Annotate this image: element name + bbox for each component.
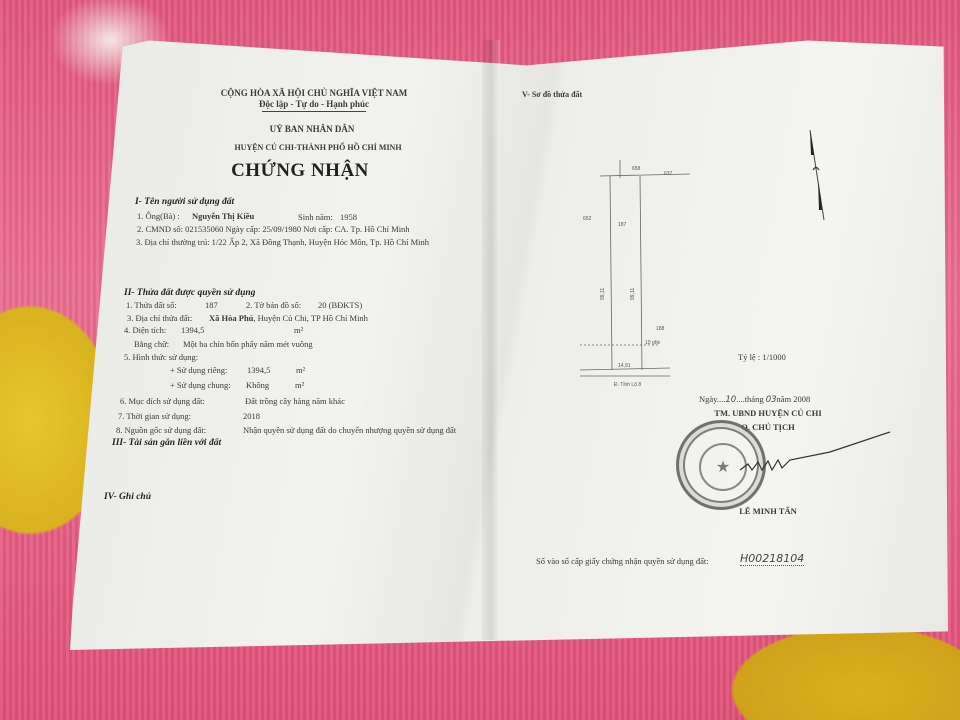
date-prefix: Ngày (699, 394, 717, 404)
birth-label: Sinh năm: (298, 212, 333, 222)
origin-label: 8. Nguồn gốc sử dụng đất: (116, 425, 206, 435)
owner-name: Nguyễn Thị Kiều (192, 211, 254, 221)
land-address: Xã Hòa Phú, Huyện Củ Chi, TP Hồ Chí Minh (209, 313, 368, 323)
shared-use-unit: m² (295, 380, 304, 390)
page-title: CHỨNG NHẬN (231, 160, 369, 182)
shared-use-label: + Sử dụng chung: (170, 380, 231, 390)
label-left-side: 99,11 (600, 288, 606, 300)
private-use-label: + Sử dụng riêng: (170, 365, 227, 375)
private-use-unit: m² (296, 365, 305, 375)
label-road: Đ. Tỉnh Lộ 8 (614, 381, 641, 388)
national-header: CỘNG HÒA XÃ HỘI CHỦ NGHĨA VIỆT NAM (221, 88, 407, 98)
registry-number: H00218104 (740, 552, 804, 566)
owner-label: 1. Ông(Bà) : (137, 211, 180, 221)
area-words: Một ba chín bốn phẩy năm mét vuông (183, 339, 313, 349)
parcel-number: 187 (205, 300, 218, 310)
date-day: 10 (725, 395, 736, 405)
area-unit: m² (294, 325, 303, 335)
shared-use-value: Không (246, 380, 269, 390)
national-motto: Độc lập - Tự do - Hạnh phúc (259, 99, 369, 109)
label-right-lower: 188 (656, 326, 665, 332)
purpose-label: 6. Mục đích sử dụng đất: (120, 396, 205, 406)
parcel-diagram: 658 637 652 187 99,11 99,11 188 10 ghk 1… (560, 150, 710, 400)
map-number: 20 (BĐKTS) (318, 300, 362, 310)
section-notes-heading: IV- Ghi chú (104, 492, 151, 502)
header-divider (262, 111, 366, 112)
label-top-right: 637 (664, 171, 673, 177)
issuer-committee: UỶ BAN NHÂN DÂN (270, 124, 355, 134)
land-commune: Xã Hòa Phú (209, 313, 253, 323)
signer-organization: TM. UBND HUYỆN CỦ CHI (714, 408, 821, 418)
area-value: 1394,5 (181, 325, 204, 335)
private-use-value: 1394,5 (247, 365, 270, 375)
registry-label: Số vào sổ cấp giấy chứng nhận quyền sử d… (536, 556, 709, 566)
issuer-district: HUYỆN CỦ CHI-THÀNH PHỐ HỒ CHÍ MINH (234, 143, 401, 152)
date-year: năm 2008 (777, 394, 811, 404)
residence-line: 3. Địa chỉ thường trú: 1/22 Ấp 2, Xã Đôn… (136, 237, 429, 247)
label-top: 658 (632, 166, 641, 172)
section-owner-heading: I- Tên người sử dụng đất (135, 197, 234, 207)
origin-value: Nhận quyền sử dụng đất do chuyển nhượng … (243, 425, 456, 435)
purpose-value: Đất trồng cây hàng năm khác (245, 396, 345, 406)
signer-name: LÊ MINH TẤN (739, 506, 796, 516)
term-label: 7. Thời gian sử dụng: (118, 411, 191, 421)
signature (730, 430, 910, 480)
map-label: 2. Tờ bản đồ số: (246, 300, 301, 310)
area-label: 4. Diện tích: (124, 325, 166, 335)
land-address-rest: , Huyện Củ Chi, TP Hồ Chí Minh (253, 313, 368, 323)
section-parcel-heading: II- Thửa đất được quyền sử dụng (124, 288, 255, 298)
paper-fold (482, 40, 500, 640)
section-assets-heading: III- Tài sản gắn liền với đất (112, 438, 221, 448)
date-month-label: tháng (745, 394, 764, 404)
birth-year: 1958 (340, 212, 357, 222)
land-address-label: 3. Địa chỉ thửa đất: (127, 313, 192, 323)
parcel-label: 1. Thửa đất số: (126, 300, 177, 310)
diagram-heading: V- Sơ đồ thửa đất (522, 90, 582, 99)
scale-label: Tỷ lệ : 1/1000 (738, 352, 786, 362)
issue-date: Ngày....10....tháng 03năm 2008 (699, 394, 810, 405)
label-setback: 10 ghk (645, 340, 661, 346)
label-left: 652 (583, 216, 592, 222)
label-bottom-width: 14,91 (618, 363, 631, 369)
north-arrow-icon (800, 120, 830, 230)
area-words-label: Bằng chữ: (134, 339, 169, 349)
usage-form-label: 5. Hình thức sử dụng: (124, 352, 198, 362)
label-center: 187 (618, 222, 627, 228)
term-value: 2018 (243, 411, 260, 421)
date-month: 03 (766, 395, 777, 405)
label-right-side: 99,11 (630, 288, 636, 300)
id-line: 2. CMND số: 021535060 Ngày cấp: 25/09/19… (137, 224, 410, 234)
